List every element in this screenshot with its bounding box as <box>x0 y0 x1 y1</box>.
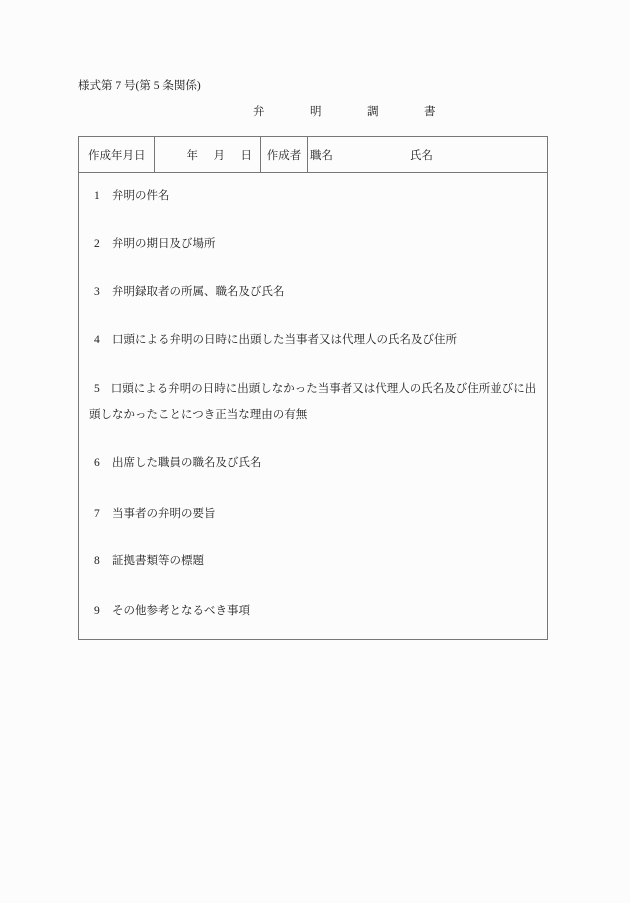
author-detail-cell: 職名 氏名 <box>308 137 547 172</box>
item-number: 7 <box>94 506 112 522</box>
record-item-9: 9その他参考となるべき事項 <box>94 603 250 619</box>
item-number: 1 <box>94 188 112 204</box>
item-number: 4 <box>94 332 112 348</box>
date-value-field: 年 月 日 <box>155 137 261 172</box>
item-number: 2 <box>94 236 112 252</box>
item-text: 口頭による弁明の日時に出頭した当事者又は代理人の氏名及び住所 <box>112 332 457 348</box>
record-item-6: 6出席した職員の職名及び氏名 <box>94 455 262 471</box>
record-item-4: 4口頭による弁明の日時に出頭した当事者又は代理人の氏名及び住所 <box>94 332 457 348</box>
record-table: 作成年月日 年 月 日 作成者 職名 氏名 1弁明の件名 2弁明の期日及び場所 … <box>78 136 548 640</box>
item-number: 6 <box>94 455 112 471</box>
record-item-1: 1弁明の件名 <box>94 188 170 204</box>
author-label: 作成者 <box>261 137 308 172</box>
position-label: 職名 <box>310 147 333 163</box>
item-text: 弁明の期日及び場所 <box>112 236 216 252</box>
item-number: 5 <box>94 383 111 395</box>
table-header-row: 作成年月日 年 月 日 作成者 職名 氏名 <box>79 137 547 173</box>
item-text: 出席した職員の職名及び氏名 <box>112 455 262 471</box>
record-item-3: 3弁明録取者の所属、職名及び氏名 <box>94 284 285 300</box>
form-number-label: 様式第 7 号(第 5 条関係) <box>78 79 201 93</box>
name-label: 氏名 <box>410 147 433 163</box>
item-text: 証拠書類等の標題 <box>112 553 204 569</box>
item-number: 9 <box>94 603 112 619</box>
record-item-7: 7当事者の弁明の要旨 <box>94 506 216 522</box>
record-item-8: 8証拠書類等の標題 <box>94 553 204 569</box>
item-text: 弁明録取者の所属、職名及び氏名 <box>112 284 285 300</box>
document-title: 弁 明 調 書 <box>253 105 453 120</box>
item-text: 口頭による弁明の日時に出頭しなかった当事者又は代理人の氏名及び住所並びに出頭しな… <box>89 383 536 421</box>
item-text: 弁明の件名 <box>112 188 170 204</box>
creation-date-label: 作成年月日 <box>79 137 155 172</box>
item-number: 3 <box>94 284 112 300</box>
document-page: 様式第 7 号(第 5 条関係) 弁 明 調 書 作成年月日 年 月 日 作成者… <box>0 0 630 903</box>
record-item-2: 2弁明の期日及び場所 <box>94 236 216 252</box>
item-number: 8 <box>94 553 112 569</box>
item-text: その他参考となるべき事項 <box>112 603 250 619</box>
record-item-5: 5口頭による弁明の日時に出頭しなかった当事者又は代理人の氏名及び住所並びに出頭し… <box>89 376 541 428</box>
item-text: 当事者の弁明の要旨 <box>112 506 216 522</box>
